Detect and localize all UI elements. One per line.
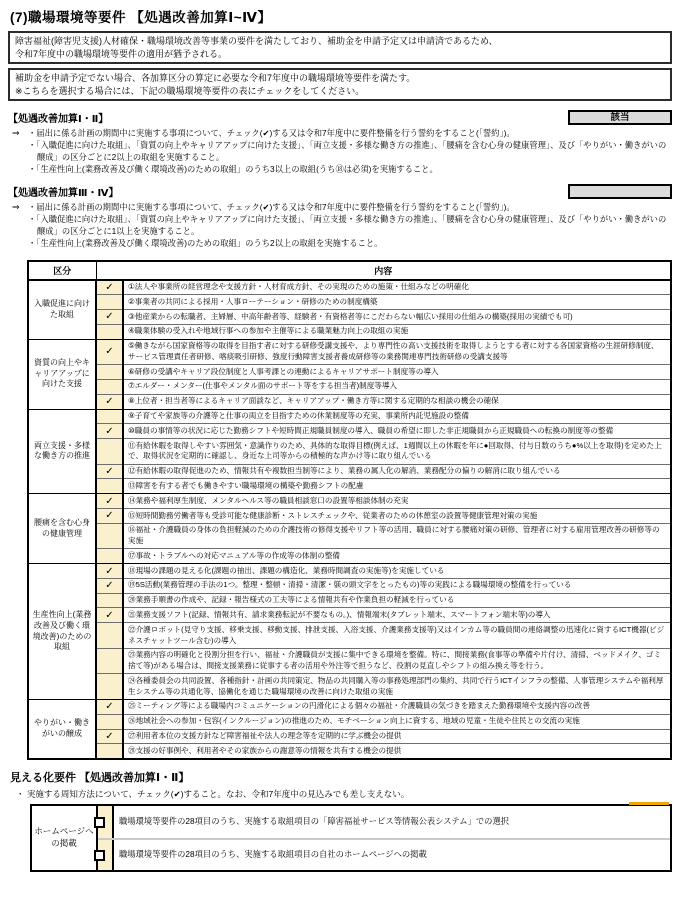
table-row: ㉔各種委員会の共同設置、各種指針・計画の共同策定、物品の共同購入等の事務処理部門… [28,674,671,700]
section-heading-kaizen-3-4: 【処遇改善加算Ⅲ・Ⅳ】 [8,184,118,199]
table-row: ✓㉑業務支援ソフト(記録、情報共有、請求業務転記が不要なもの。)、情報端末(タブ… [28,608,671,623]
table-row: 資質の向上やキャリアアップに向けた支援✓⑤働きながら国家資格等の取得を目指す者に… [28,339,671,365]
section-kaizen-1-2: 【処遇改善加算Ⅰ・Ⅱ】 該当 ⇒ ・届出に係る計画の期間中に実施する事項について… [8,110,672,175]
table-row: ✓⑫有給休暇の取得促進のため、情報共有や複数担当制等により、業務の属人化の解消、… [28,464,671,479]
table-row: ⑳業務手順書の作成や、記録・報告様式の工夫等による情報共有や作業負担の軽減を行っ… [28,593,671,608]
item-text: ⑫有給休暇の取得促進のため、情報共有や複数担当制等により、業務の属人化の解消、業… [123,464,671,479]
check-cell[interactable] [96,379,123,394]
check-cell-checked[interactable]: ✓ [96,608,123,623]
page-title: (7)職場環境等要件 【処遇改善加算Ⅰ~Ⅳ】 [10,6,700,26]
check-cell[interactable] [96,648,123,674]
option-box-subsidy-applied[interactable]: 障害福祉(障害児支援)人材確保・職場環境改善等事業の要件を満たしており、補助金を… [8,31,672,64]
requirement-line: ・届出に係る計画の期間中に実施する事項について、チェック(✔)する又は令和7年度… [28,127,672,139]
table-row: ⑦エルダー・メンター(仕事やメンタル面のサポート等をする担当者)制度等導入 [28,379,671,394]
section-requirements: ・届出に係る計画の期間中に実施する事項について、チェック(✔)する又は令和7年度… [28,127,672,175]
item-text: ⑮短時間勤務労働者等も受診可能な健康診断・ストレスチェックや、従業者のための休憩… [123,509,671,524]
check-cell-checked[interactable]: ✓ [96,729,123,744]
status-box-kaizen-3-4[interactable] [568,184,672,199]
table-row: ✓③他産業からの転職者、主婦層、中高年齢者等、経験者・有資格者等にこだわらない幅… [28,310,671,325]
table-row: 入職促進に向けた取組✓①法人や事業所の経営理念や支援方針・人材育成方針、その実現… [28,280,671,295]
item-text: ④職業体験の受入れや地域行事への参加や主催等による職業魅力向上の取組の実施 [123,324,671,339]
item-text: ⑱現場の課題の見える化(課題の抽出、課題の構造化、業務時間調査の実施等)を実施し… [123,564,671,579]
check-cell[interactable] [96,674,123,700]
item-text: ⑤働きながら国家資格等の取得を目指す者に対する研修受講支援や、より専門性の高い支… [123,339,671,365]
category-cell: 生産性向上(業務改善及び働く環境改善)のための取組 [28,564,96,700]
table-header-row: 区分 内容 [28,261,671,280]
check-cell[interactable] [96,479,123,494]
table-row: ✓⑲5S活動(業務管理の手法の1つ。整理・整頓・清掃・清潔・躾の頭文字をとったも… [28,578,671,593]
table-row: ⑬障害を有する者でも働きやすい職場環境の構築や勤務シフトの配慮 [28,479,671,494]
item-text: ㉑業務支援ソフト(記録、情報共有、請求業務転記が不要なもの。)、情報端末(タブレ… [123,608,671,623]
check-cell[interactable] [96,365,123,380]
arrow-glyph: ⇒ [12,127,28,175]
table-row: ⑯福祉・介護職員の身体の負担軽減のための介護技術の修得支援やリフト等の活用、職員… [28,523,671,549]
item-text: ⑪有給休暇を取得しやすい雰囲気・意識作りのため、具体的な取得目標(例えば、1週間… [123,439,671,465]
table-row: ⑥研修の受講やキャリア段位制度と人事考課との連動によるキャリアサポート制度等の導… [28,365,671,380]
check-cell-checked[interactable]: ✓ [96,564,123,579]
table-row: ✓⑩職員の事情等の状況に応じた勤務シフトや短時間正規職員制度の導入、職員の希望に… [28,424,671,439]
visible-requirement-note: ・ 実施する周知方法について、チェック(✔)すること。なお、令和7年度中の見込み… [16,788,700,800]
publication-checkbox[interactable] [94,817,105,828]
publication-table: ホームページへの掲載 職場環境等要件の28項目のうち、実施する取組項目の「障害福… [30,804,672,872]
check-cell[interactable] [96,324,123,339]
item-text: ⑧上位者・担当者等によるキャリア面談など、キャリアアップ・働き方等に関する定期的… [123,394,671,409]
check-cell[interactable] [96,623,123,649]
table-row: やりがい・働きがいの醸成✓㉕ミーティング等による職場内コミュニケーションの円滑化… [28,699,671,714]
table-row: ⑰事故・トラブルへの対応マニュアル等の作成等の体制の整備 [28,549,671,564]
category-cell: 入職促進に向けた取組 [28,280,96,340]
requirement-line: ・「生産性向上(業務改善及び働く環境改善)のための取組」のうち2以上の取組を実施… [28,237,672,249]
category-cell: やりがい・働きがいの醸成 [28,699,96,759]
table-row: ✓㉗利用者本位の支援方針など障害福祉や法人の理念等を定期的に学ぶ機会の提供 [28,729,671,744]
check-cell-checked[interactable]: ✓ [96,578,123,593]
check-cell-checked[interactable]: ✓ [96,424,123,439]
table-row: ✓⑮短時間勤務労働者等も受診可能な健康診断・ストレスチェックや、従業者のための休… [28,509,671,524]
option-box-no-subsidy[interactable]: 補助金を申請予定でない場合、各加算区分の算定に必要な令和7年度中の職場環境等要件… [8,68,672,101]
publication-checkbox[interactable] [94,850,105,861]
item-text: ⑲5S活動(業務管理の手法の1つ。整理・整頓・清掃・清潔・躾の頭文字をとったもの… [123,578,671,593]
check-cell-checked[interactable]: ✓ [96,394,123,409]
publication-category-label: ホームページへの掲載 [32,806,98,870]
category-cell: 資質の向上やキャリアアップに向けた支援 [28,339,96,409]
column-header-category: 区分 [28,261,96,280]
item-text: ㉓業務内容の明確化と役割分担を行い、福祉・介護職員が支援に集中できる環境を整備。… [123,648,671,674]
arrow-glyph: ⇒ [12,201,28,249]
table-row: ④職業体験の受入れや地域行事への参加や主催等による職業魅力向上の取組の実施 [28,324,671,339]
document-page: (7)職場環境等要件 【処遇改善加算Ⅰ~Ⅳ】 障害福祉(障害児支援)人材確保・職… [0,6,700,872]
table-row: ⑪有給休暇を取得しやすい雰囲気・意識作りのため、具体的な取得目標(例えば、1週間… [28,439,671,465]
workplace-requirements-table: 区分 内容 入職促進に向けた取組✓①法人や事業所の経営理念や支援方針・人材育成方… [27,260,672,761]
checkbox-column [98,840,114,870]
section-heading-kaizen-1-2: 【処遇改善加算Ⅰ・Ⅱ】 [8,110,108,125]
item-text: ②事業者の共同による採用・人事ローテーション・研修のための制度構築 [123,295,671,310]
check-cell[interactable] [96,744,123,759]
table-row: ㉖地域社会への参加・包容(インクルージョン)の推進のため、モチベーション向上に資… [28,714,671,729]
item-text: ㉕ミーティング等による職場内コミュニケーションの円滑化による個々の福祉・介護職員… [123,699,671,714]
item-text: ㉘支援の好事例や、利用者やその家族からの謝意等の情報を共有する機会の提供 [123,744,671,759]
item-text: ⑬障害を有する者でも働きやすい職場環境の構築や勤務シフトの配慮 [123,479,671,494]
item-text: ⑦エルダー・メンター(仕事やメンタル面のサポート等をする担当者)制度等導入 [123,379,671,394]
item-text: ⑳業務手順書の作成や、記録・報告様式の工夫等による情報共有や作業負担の軽減を行っ… [123,593,671,608]
column-header-content: 内容 [96,261,671,280]
table-row: 両立支援・多様な働き方の推進⑨子育てや家族等の介護等と仕事の両立を目指すための休… [28,409,671,424]
check-cell-checked[interactable]: ✓ [96,339,123,365]
checkbox-column [98,806,114,838]
check-cell[interactable] [96,714,123,729]
section-kaizen-3-4: 【処遇改善加算Ⅲ・Ⅳ】 ⇒ ・届出に係る計画の期間中に実施する事項について、チェ… [8,184,672,249]
check-cell-checked[interactable]: ✓ [96,280,123,295]
check-cell[interactable] [96,593,123,608]
category-cell: 腰痛を含む心身の健康管理 [28,494,96,564]
table-row: ②事業者の共同による採用・人事ローテーション・研修のための制度構築 [28,295,671,310]
item-text: ⑩職員の事情等の状況に応じた勤務シフトや短時間正規職員制度の導入、職員の希望に即… [123,424,671,439]
check-cell-checked[interactable]: ✓ [96,464,123,479]
check-cell[interactable] [96,439,123,465]
item-text: ㉒介護ロボット(見守り支援、移乗支援、移動支援、排泄支援、入浴支援、介護業務支援… [123,623,671,649]
item-text: ⑥研修の受講やキャリア段位制度と人事考課との連動によるキャリアサポート制度等の導… [123,365,671,380]
item-text: ㉗利用者本位の支援方針など障害福祉や法人の理念等を定期的に学ぶ機会の提供 [123,729,671,744]
table-row: ㉘支援の好事例や、利用者やその家族からの謝意等の情報を共有する機会の提供 [28,744,671,759]
item-text: ⑨子育てや家族等の介護等と仕事の両立を目指すための休業制度等の充実、事業所内託児… [123,409,671,424]
publication-row: 職場環境等要件の28項目のうち、実施する取組項目の「障害福祉サービス等情報公表シ… [98,806,670,838]
requirement-line: ・「生産性向上(業務改善及び働く環境改善)のための取組」のうち3以上の取組(うち… [28,163,672,175]
table-row: ㉒介護ロボット(見守り支援、移乗支援、移動支援、排泄支援、入浴支援、介護業務支援… [28,623,671,649]
check-cell-checked[interactable]: ✓ [96,310,123,325]
table-row: ㉓業務内容の明確化と役割分担を行い、福祉・介護職員が支援に集中できる環境を整備。… [28,648,671,674]
check-cell-checked[interactable]: ✓ [96,699,123,714]
publication-text: 職場環境等要件の28項目のうち、実施する取組項目の自社のホームページへの掲載 [114,840,432,870]
item-text: ①法人や事業所の経営理念や支援方針・人材育成方針、その実現のための施策・仕組みな… [123,280,671,295]
status-box-kaizen-1-2[interactable]: 該当 [568,110,672,125]
table-row: 生産性向上(業務改善及び働く環境改善)のための取組✓⑱現場の課題の見える化(課題… [28,564,671,579]
item-text: ⑯福祉・介護職員の身体の負担軽減のための介護技術の修得支援やリフト等の活用、職員… [123,523,671,549]
item-text: ⑰事故・トラブルへの対応マニュアル等の作成等の体制の整備 [123,549,671,564]
requirement-line: ・「入職促進に向けた取組」、「資質の向上やキャリアアップに向けた支援」、「両立支… [28,213,672,237]
table-row: 腰痛を含む心身の健康管理✓⑭業務や福利厚生制度、メンタルヘルス等の職員相談窓口の… [28,494,671,509]
category-cell: 両立支援・多様な働き方の推進 [28,409,96,494]
orange-accent-mark [629,802,669,805]
item-text: ㉖地域社会への参加・包容(インクルージョン)の推進のため、モチベーション向上に資… [123,714,671,729]
item-text: ③他産業からの転職者、主婦層、中高年齢者等、経験者・有資格者等にこだわらない幅広… [123,310,671,325]
requirement-line: ・届出に係る計画の期間中に実施する事項について、チェック(✔)する又は令和7年度… [28,201,672,213]
check-cell-checked[interactable]: ✓ [96,509,123,524]
check-cell[interactable] [96,295,123,310]
check-cell-checked[interactable]: ✓ [96,494,123,509]
visible-requirement-title: 見える化要件 【処遇改善加算Ⅰ・Ⅱ】 [10,769,700,785]
check-cell[interactable] [96,409,123,424]
check-cell[interactable] [96,549,123,564]
item-text: ⑭業務や福利厚生制度、メンタルヘルス等の職員相談窓口の設置等相談体制の充実 [123,494,671,509]
publication-text: 職場環境等要件の28項目のうち、実施する取組項目の「障害福祉サービス等情報公表シ… [114,806,514,838]
item-text: ㉔各種委員会の共同設置、各種指針・計画の共同策定、物品の共同購入等の事務処理部門… [123,674,671,700]
requirement-line: ・「入職促進に向けた取組」、「資質の向上やキャリアアップに向けた支援」、「両立支… [28,139,672,163]
table-row: ✓⑧上位者・担当者等によるキャリア面談など、キャリアアップ・働き方等に関する定期… [28,394,671,409]
publication-row: 職場環境等要件の28項目のうち、実施する取組項目の自社のホームページへの掲載 [98,838,670,870]
section-requirements: ・届出に係る計画の期間中に実施する事項について、チェック(✔)する又は令和7年度… [28,201,672,249]
check-cell[interactable] [96,523,123,549]
